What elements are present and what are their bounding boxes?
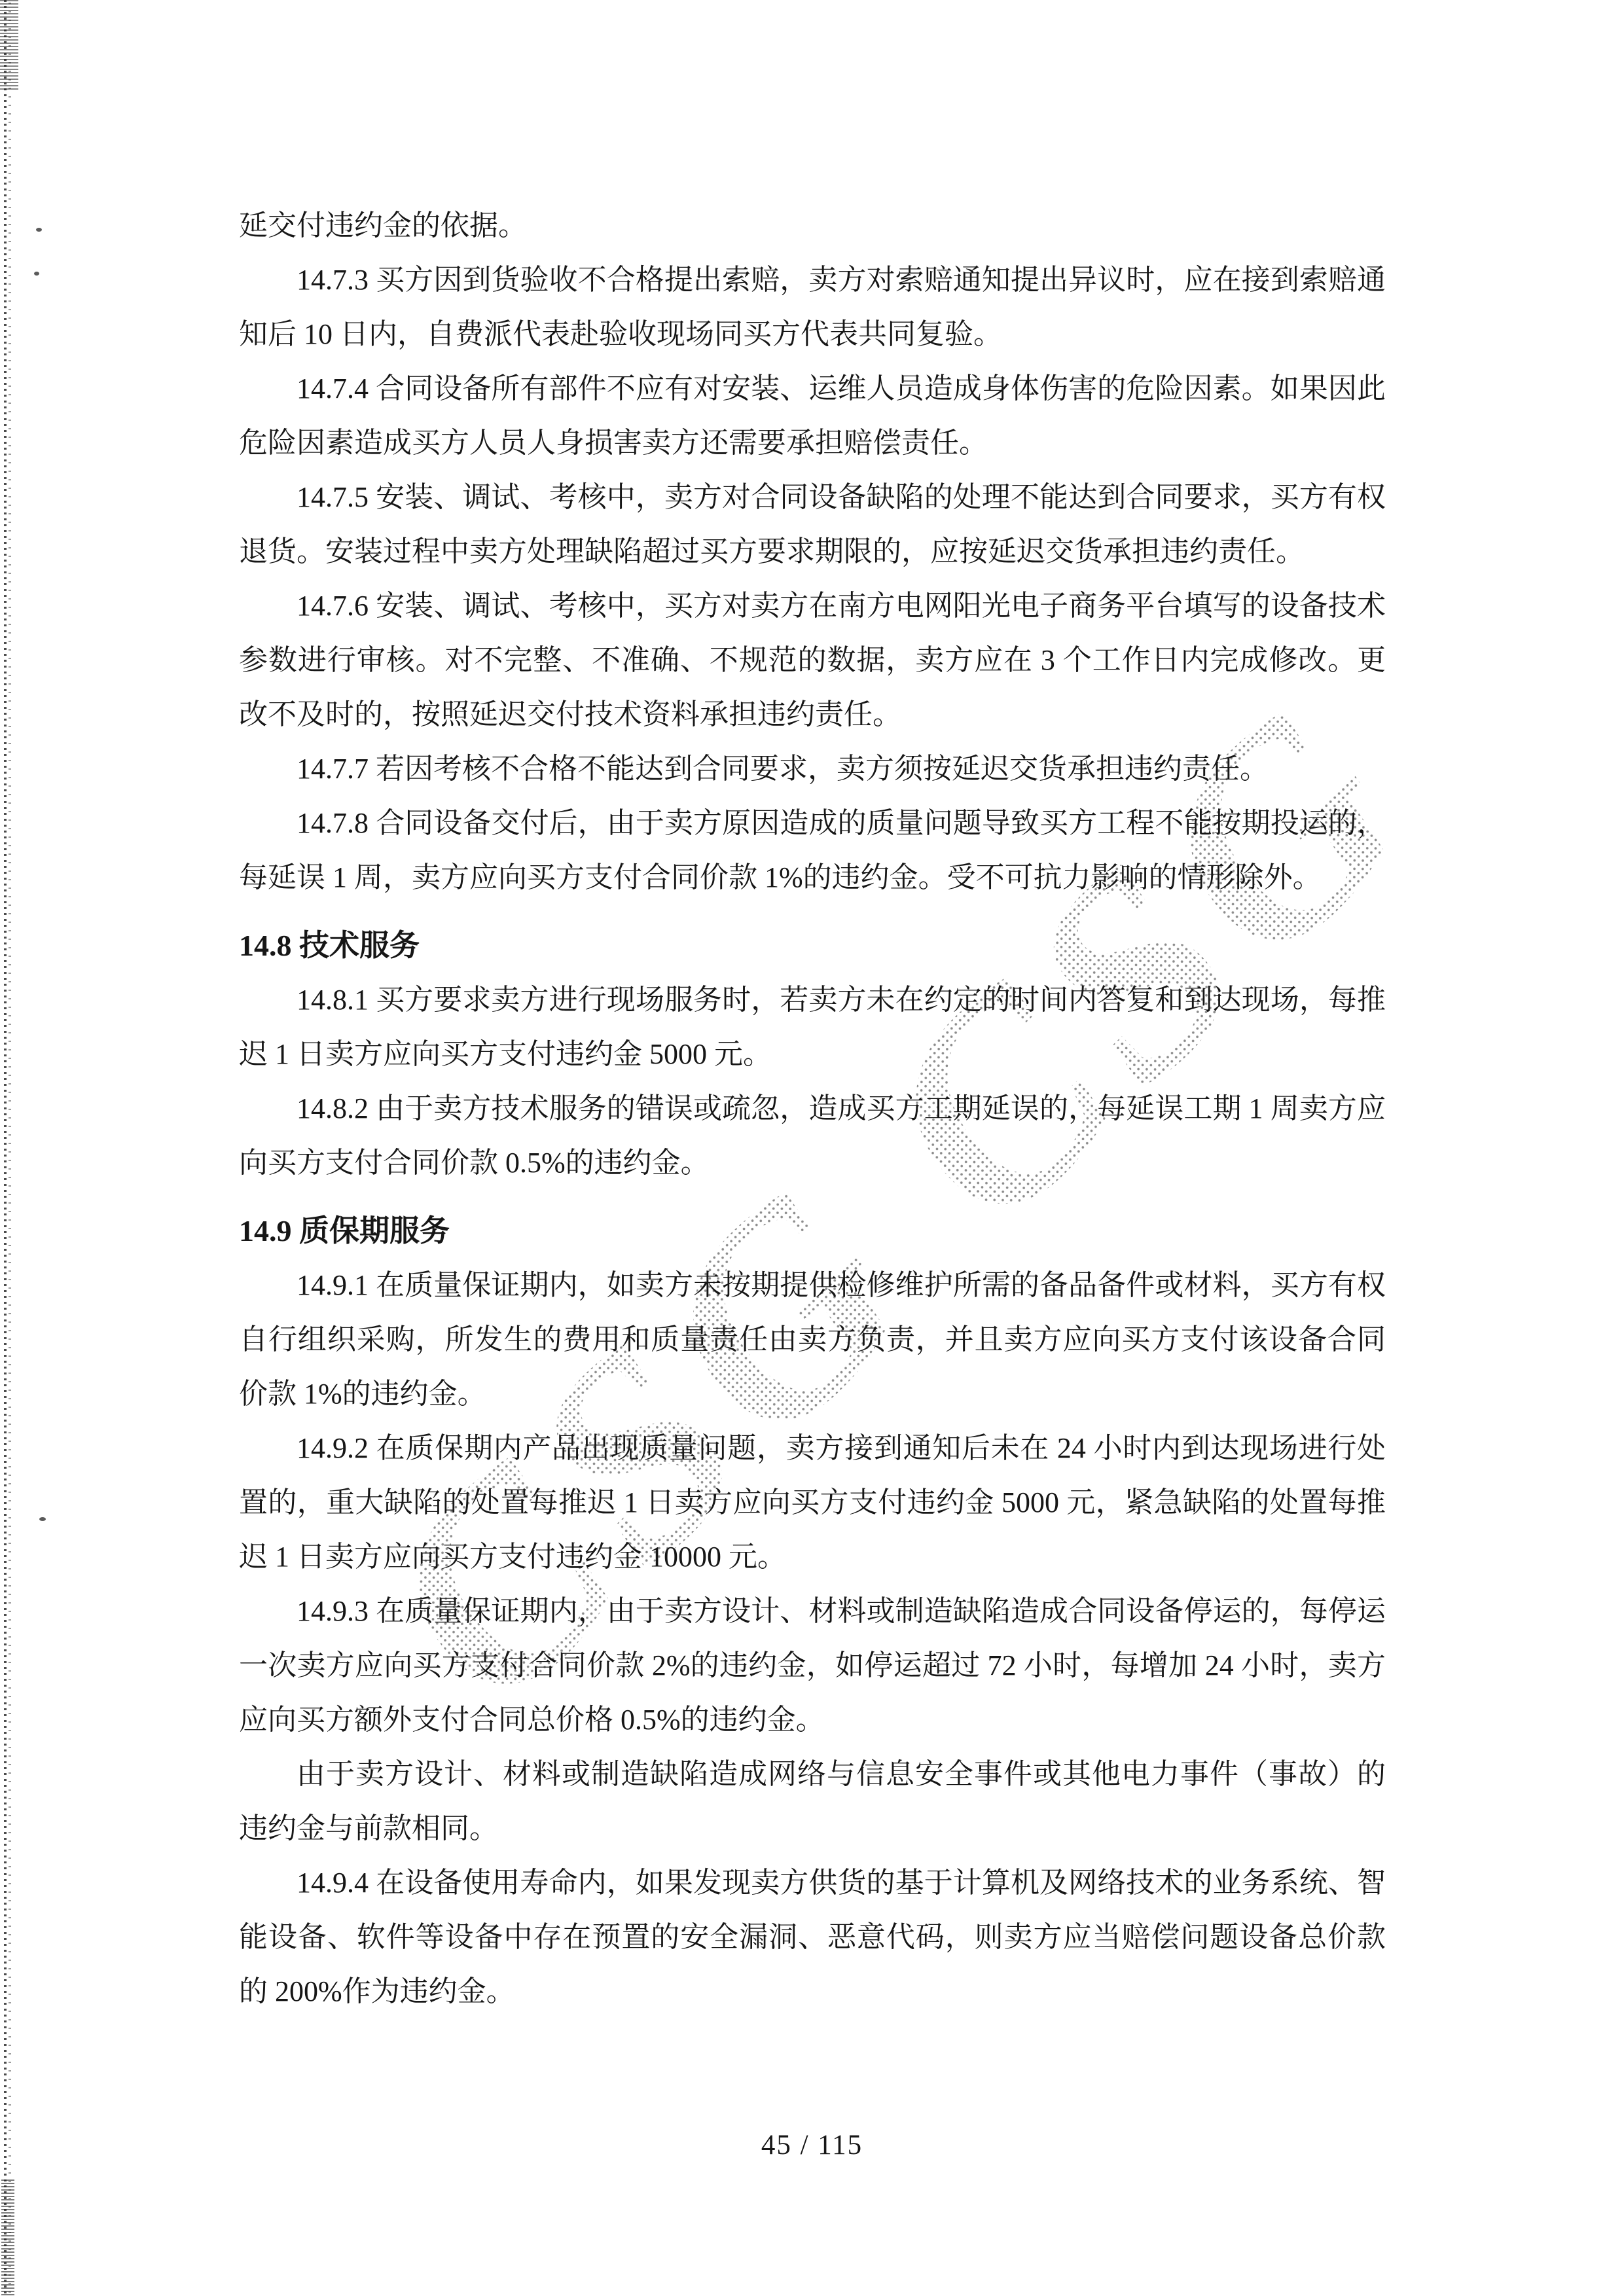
- paragraph: 14.9.4 在设备使用寿命内，如果发现卖方供货的基于计算机及网络技术的业务系统…: [239, 1856, 1386, 2018]
- paragraph: 14.8.1 买方要求卖方进行现场服务时，若卖方未在约定的时间内答复和到达现场，…: [239, 973, 1386, 1081]
- paragraph: 14.7.5 安装、调试、考核中，卖方对合同设备缺陷的处理不能达到合同要求，买方…: [239, 470, 1386, 579]
- paragraph: 14.7.4 合同设备所有部件不应有对安装、运维人员造成身体伤害的危险因素。如果…: [239, 361, 1386, 470]
- page-number: 45 / 115: [0, 2129, 1624, 2161]
- document-page: CSG CSG 延交付违约金的依据。14.7.3 买方因到货验收不合格提出索赔，…: [0, 0, 1624, 2296]
- paragraph: 延交付违约金的依据。: [239, 198, 1386, 253]
- section-heading: 14.9 质保期服务: [239, 1204, 1386, 1258]
- section-heading: 14.8 技术服务: [239, 918, 1386, 973]
- scan-artifact-left-edge-light: [9, 3, 11, 2296]
- scan-speck: [39, 1517, 46, 1521]
- paragraph: 14.8.2 由于卖方技术服务的错误或疏忽，造成买方工期延误的，每延误工期 1 …: [239, 1081, 1386, 1190]
- paragraph: 14.9.1 在质量保证期内，如卖方未按期提供检修维护所需的备品备件或材料，买方…: [239, 1258, 1386, 1421]
- paragraph: 14.7.8 合同设备交付后，由于卖方原因造成的质量问题导致买方工程不能按期投运…: [239, 796, 1386, 905]
- scan-artifact-left-edge: [4, 0, 7, 2296]
- scan-speck: [36, 228, 42, 232]
- paragraph: 由于卖方设计、材料或制造缺陷造成网络与信息安全事件或其他电力事件（事故）的违约金…: [239, 1747, 1386, 1856]
- scan-speck: [34, 272, 39, 276]
- paragraph: 14.9.2 在质保期内产品出现质量问题，卖方接到通知后未在 24 小时内到达现…: [239, 1421, 1386, 1584]
- scan-artifact-bottom-corner: [1, 2179, 14, 2296]
- document-body: 延交付违约金的依据。14.7.3 买方因到货验收不合格提出索赔，卖方对索赔通知提…: [239, 198, 1386, 2018]
- paragraph: 14.7.7 若因考核不合格不能达到合同要求，卖方须按延迟交货承担违约责任。: [239, 742, 1386, 796]
- scan-artifact-top-corner: [0, 0, 18, 92]
- paragraph: 14.9.3 在质量保证期内，由于卖方设计、材料或制造缺陷造成合同设备停运的，每…: [239, 1584, 1386, 1747]
- paragraph: 14.7.6 安装、调试、考核中，买方对卖方在南方电网阳光电子商务平台填写的设备…: [239, 579, 1386, 742]
- paragraph: 14.7.3 买方因到货验收不合格提出索赔，卖方对索赔通知提出异议时，应在接到索…: [239, 253, 1386, 361]
